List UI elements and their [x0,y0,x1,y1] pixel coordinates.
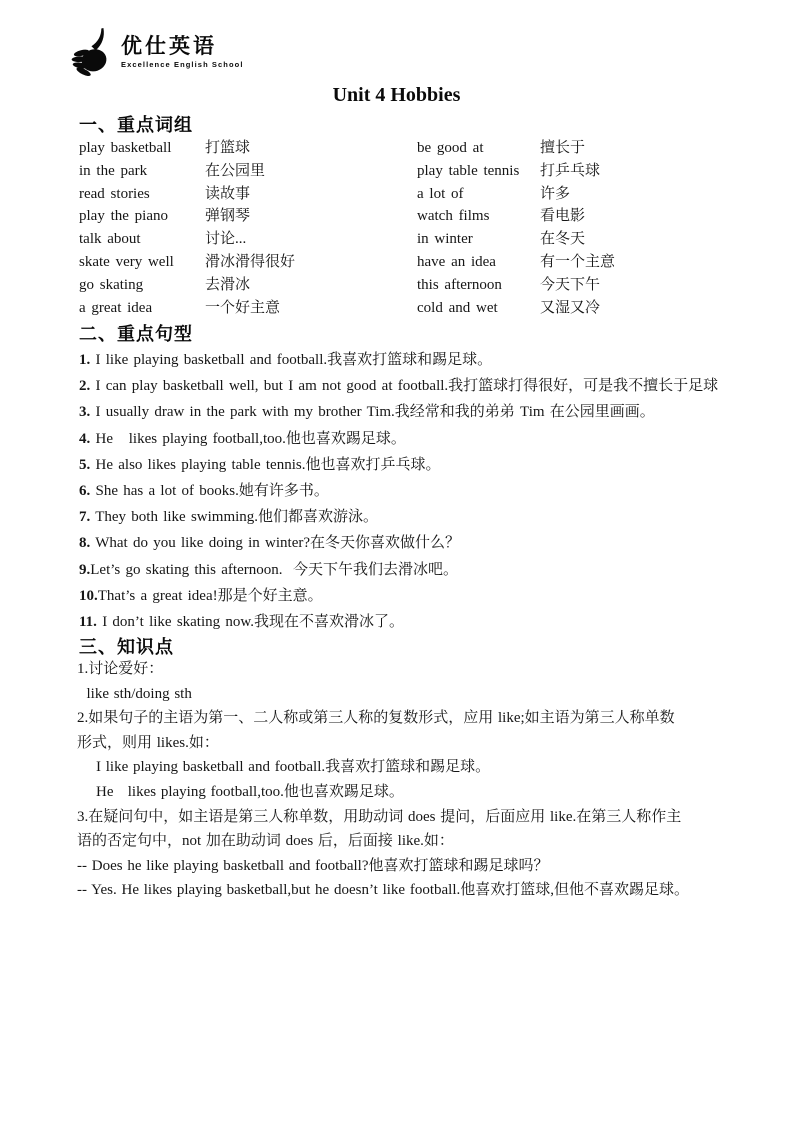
phrase-cn: 擅长于 [540,137,719,160]
sentence-number: 10. [79,588,98,604]
phrase-en: play basketball [79,137,205,160]
sentence-number: 7. [79,509,90,525]
sentence-item: 11. I don’t like skating now.我现在不喜欢滑冰了。 [79,609,727,635]
notes-block: 1.讨论爱好： like sth/doing sth 2.如果句子的主语为第一、… [77,657,725,903]
sentence-text: I like playing basketball and football.我… [90,352,492,368]
logo-name-en: Excellence English School [121,60,244,69]
phrase-en: have an idea [417,251,540,274]
sentence-item: 7. They both like swimming.他们都喜欢游泳。 [79,504,727,530]
phrase-en: this afternoon [417,274,540,297]
phrase-cn: 滑冰滑得很好 [205,251,417,274]
sentence-text: I can play basketball well, but I am not… [90,378,718,394]
sentence-number: 9. [79,562,90,578]
sentence-text: They both like swimming.他们都喜欢游泳。 [90,509,378,525]
phrase-en: play the piano [79,205,205,228]
sentence-text: Let’s go skating this afternoon. 今天下午我们去… [90,562,458,578]
phrase-en: be good at [417,137,540,160]
phrase-en: cold and wet [417,297,540,320]
worksheet-page: 优仕英语 Excellence English School Unit 4 Ho… [0,0,793,1122]
sentence-item: 4. He likes playing football,too.他也喜欢踢足球… [79,426,727,452]
logo-text: 优仕英语 Excellence English School [121,28,244,69]
sentence-number: 5. [79,457,90,473]
sentence-text: That’s a great idea!那是个好主意。 [98,588,323,604]
phrase-cn: 读故事 [205,183,417,206]
phrase-en: go skating [79,274,205,297]
note-line: -- Yes. He likes playing basketball,but … [77,878,725,903]
note-line: I like playing basketball and football.我… [77,755,725,780]
sentence-text: What do you like doing in winter?在冬天你喜欢做… [90,535,460,551]
note-line: 1.讨论爱好： [77,657,725,682]
phrase-en: in winter [417,228,540,251]
phrase-en: read stories [79,183,205,206]
phrase-en: watch films [417,205,540,228]
sentence-item: 2. I can play basketball well, but I am … [79,373,727,399]
sentence-item: 9.Let’s go skating this afternoon. 今天下午我… [79,557,727,583]
note-line: He likes playing football,too.他也喜欢踢足球。 [77,780,725,805]
section-heading-phrases: 一、重点词组 [79,111,193,137]
sentence-list: 1. I like playing basketball and footbal… [79,347,727,635]
phrase-en: a lot of [417,183,540,206]
sentence-number: 8. [79,535,90,551]
phrase-cn: 许多 [540,183,719,206]
sentence-text: She has a lot of books.她有许多书。 [90,483,329,499]
sentence-text: I usually draw in the park with my broth… [90,404,655,420]
note-line: 语的否定句中，not 加在助动词 does 后，后面接 like.如： [77,829,725,854]
phrase-table: play basketball打篮球be good at擅长于 in the p… [79,137,719,319]
section-heading-notes: 三、知识点 [79,633,174,659]
phrase-cn: 有一个主意 [540,251,719,274]
phrase-en: play table tennis [417,160,540,183]
logo-name-cn: 优仕英语 [121,36,244,58]
phrase-cn: 看电影 [540,205,719,228]
sentence-item: 3. I usually draw in the park with my br… [79,399,727,425]
sentence-text: He also likes playing table tennis.他也喜欢打… [90,457,440,473]
note-line: 3.在疑问句中，如主语是第三人称单数，用助动词 does 提问，后面应用 lik… [77,805,725,830]
phrase-cn: 一个好主意 [205,297,417,320]
sentence-number: 11. [79,614,97,630]
phrase-cn: 在冬天 [540,228,719,251]
logo: 优仕英语 Excellence English School [71,28,244,78]
sentence-item: 8. What do you like doing in winter?在冬天你… [79,530,727,556]
phrase-en: skate very well [79,251,205,274]
phrase-cn: 又湿又冷 [540,297,719,320]
section-heading-sentences: 二、重点句型 [79,320,193,346]
school-logo-icon [71,28,115,78]
note-line: 2.如果句子的主语为第一、二人称或第三人称的复数形式，应用 like;如主语为第… [77,706,725,731]
sentence-number: 4. [79,431,90,447]
phrase-en: talk about [79,228,205,251]
sentence-item: 1. I like playing basketball and footbal… [79,347,727,373]
note-line: like sth/doing sth [77,682,725,707]
sentence-text: He likes playing football,too.他也喜欢踢足球。 [90,431,406,447]
phrase-en: in the park [79,160,205,183]
note-line: -- Does he like playing basketball and f… [77,854,725,879]
sentence-item: 5. He also likes playing table tennis.他也… [79,452,727,478]
phrase-cn: 去滑冰 [205,274,417,297]
sentence-item: 6. She has a lot of books.她有许多书。 [79,478,727,504]
sentence-number: 6. [79,483,90,499]
phrase-cn: 打乒乓球 [540,160,719,183]
sentence-text: I don’t like skating now.我现在不喜欢滑冰了。 [97,614,404,630]
phrase-cn: 在公园里 [205,160,417,183]
phrase-en: a great idea [79,297,205,320]
sentence-number: 2. [79,378,90,394]
phrase-cn: 打篮球 [205,137,417,160]
phrase-cn: 今天下午 [540,274,719,297]
sentence-number: 1. [79,352,90,368]
phrase-cn: 弹钢琴 [205,205,417,228]
sentence-number: 3. [79,404,90,420]
sentence-item: 10.That’s a great idea!那是个好主意。 [79,583,727,609]
note-line: 形式，则用 likes.如： [77,731,725,756]
phrase-cn: 讨论... [205,228,417,251]
page-title: Unit 4 Hobbies [0,84,793,107]
